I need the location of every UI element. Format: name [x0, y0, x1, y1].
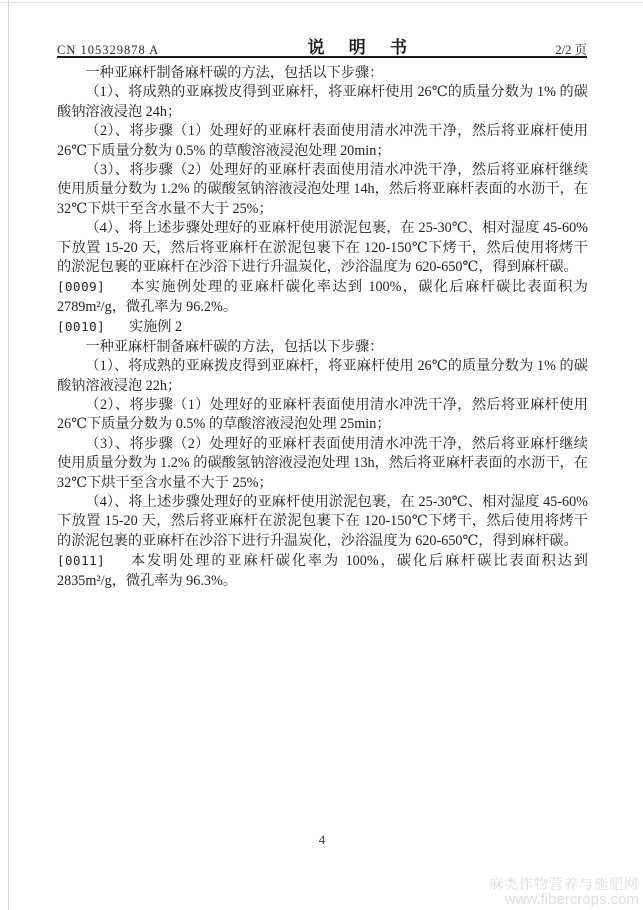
spec-paragraph: （2）、将步骤（1）处理好的亚麻杆表面使用清水冲洗干净，然后将亚麻杆使用 26℃… [57, 396, 588, 435]
spec-paragraph-0009: [0009]本实施例处理的亚麻杆碳化率达到 100%，碳化后麻杆碳比表面积为 2… [57, 277, 588, 317]
paragraph-text: （3）、将步骤（2）处理好的亚麻杆表面使用清水冲洗干净，然后将亚麻杆继续使用质量… [57, 436, 588, 491]
spec-paragraph: 一种亚麻杆制备麻杆碳的方法，包括以下步骤： [57, 338, 588, 357]
paragraph-text: 一种亚麻杆制备麻杆碳的方法，包括以下步骤： [85, 339, 383, 355]
specification-body: 一种亚麻杆制备麻杆碳的方法，包括以下步骤： （1）、将成熟的亚麻拨皮得到亚麻杆，… [57, 64, 588, 591]
scan-edge-top [0, 2, 643, 3]
spec-paragraph: （1）、将成熟的亚麻拨皮得到亚麻杆，将亚麻杆使用 26℃的质量分数为 1% 的碳… [57, 83, 588, 122]
header-rule [57, 56, 587, 58]
paragraph-number-tag: [0010] [57, 319, 105, 334]
paragraph-text: （1）、将成熟的亚麻拨皮得到亚麻杆，将亚麻杆使用 26℃的质量分数为 1% 的碳… [57, 84, 588, 119]
paragraph-text: 实施例 2 [129, 319, 182, 335]
paragraph-text: （2）、将步骤（1）处理好的亚麻杆表面使用清水冲洗干净，然后将亚麻杆使用 26℃… [57, 397, 588, 432]
paragraph-text: 一种亚麻杆制备麻杆碳的方法，包括以下步骤： [85, 65, 383, 81]
spec-paragraph: （4）、将上述步骤处理好的亚麻杆使用淤泥包裹，在 25-30℃、相对湿度 45-… [57, 219, 588, 277]
spec-paragraph: （3）、将步骤（2）处理好的亚麻杆表面使用清水冲洗干净，然后将亚麻杆继续使用质量… [57, 161, 588, 219]
paragraph-text: （3）、将步骤（2）处理好的亚麻杆表面使用清水冲洗干净，然后将亚麻杆继续使用质量… [57, 162, 588, 217]
paragraph-text: （1）、将成熟的亚麻拨皮得到亚麻杆，将亚麻杆使用 26℃的质量分数为 1% 的碳… [57, 358, 588, 393]
spec-paragraph-0011: [0011]本发明处理的亚麻杆碳化率为 100%，碳化后麻杆碳比表面积达到 28… [57, 551, 588, 591]
spec-paragraph: （2）、将步骤（1）处理好的亚麻杆表面使用清水冲洗干净，然后将亚麻杆使用 26℃… [57, 122, 588, 161]
paragraph-number-tag: [0011] [57, 553, 105, 568]
page-number: 4 [319, 832, 326, 847]
page-footer: 4 [57, 832, 587, 848]
spec-paragraph: （4）、将上述步骤处理好的亚麻杆使用淤泥包裹，在 25-30℃、相对湿度 45-… [57, 493, 588, 551]
paragraph-text: （4）、将上述步骤处理好的亚麻杆使用淤泥包裹，在 25-30℃、相对湿度 45-… [57, 220, 588, 275]
paragraph-text: （4）、将上述步骤处理好的亚麻杆使用淤泥包裹，在 25-30℃、相对湿度 45-… [57, 494, 588, 549]
spec-paragraph: （1）、将成熟的亚麻拨皮得到亚麻杆，将亚麻杆使用 26℃的质量分数为 1% 的碳… [57, 357, 588, 396]
paragraph-text: （2）、将步骤（1）处理好的亚麻杆表面使用清水冲洗干净，然后将亚麻杆使用 26℃… [57, 123, 588, 158]
watermark-site-name: 麻类作物营养与施肥网 [489, 877, 639, 892]
watermark-site-url: www.fibercrops.com [489, 892, 639, 907]
paragraph-text: 本实施例处理的亚麻杆碳化率达到 100%，碳化后麻杆碳比表面积为 2789m²/… [57, 279, 588, 314]
document-title: 说 明 书 [308, 33, 418, 58]
watermark: 麻类作物营养与施肥网 www.fibercrops.com [489, 877, 639, 907]
spec-paragraph: （3）、将步骤（2）处理好的亚麻杆表面使用清水冲洗干净，然后将亚麻杆继续使用质量… [57, 435, 588, 493]
scan-edge-left [8, 0, 9, 910]
page-header: CN 105329878 A 说 明 书 2/2 页 [57, 33, 587, 58]
spec-paragraph-0010: [0010]实施例 2 [57, 317, 588, 337]
paragraph-number-tag: [0009] [57, 279, 105, 294]
paragraph-text: 本发明处理的亚麻杆碳化率为 100%，碳化后麻杆碳比表面积达到 2835m²/g… [57, 553, 588, 588]
spec-paragraph: 一种亚麻杆制备麻杆碳的方法，包括以下步骤： [57, 64, 588, 83]
